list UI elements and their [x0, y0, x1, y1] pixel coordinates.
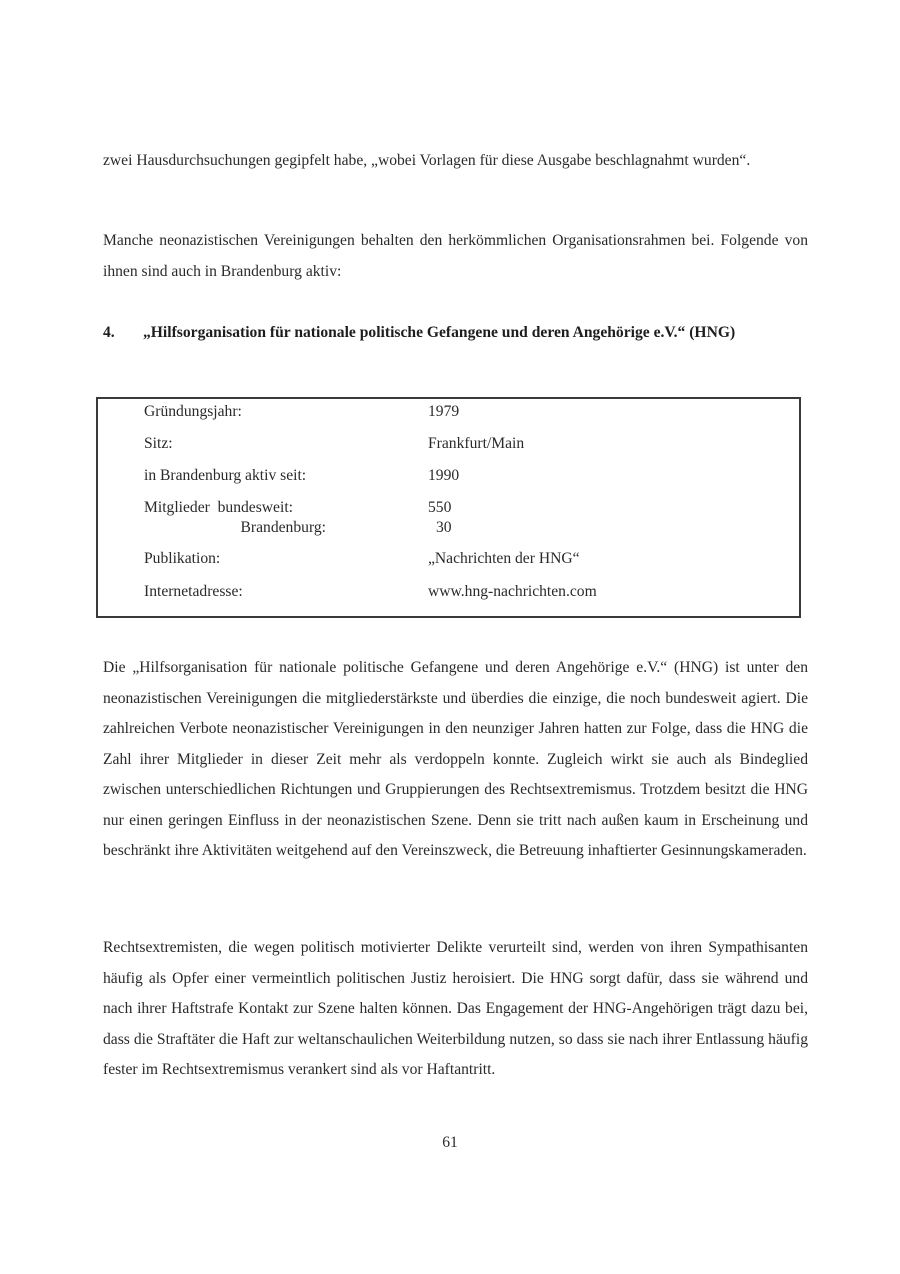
- fact-row-publication: Publikation: „Nachrichten der HNG“: [144, 550, 789, 572]
- paragraph-hng-description: Die „Hilfsorganisation für nationale pol…: [103, 653, 808, 867]
- fact-label: Gründungsjahr:: [144, 403, 242, 421]
- document-page: zwei Hausdurchsuchungen gegipfelt habe, …: [0, 0, 900, 1274]
- fact-row-website: Internetadresse: www.hng-nachrichten.com: [144, 583, 789, 605]
- fact-box: Gründungsjahr: 1979 Sitz: Frankfurt/Main…: [96, 397, 801, 618]
- fact-row-active-since: in Brandenburg aktiv seit: 1990: [144, 467, 789, 489]
- fact-value: Frankfurt/Main: [428, 435, 524, 453]
- fact-value: 1979: [428, 403, 459, 421]
- section-title: „Hilfsorganisation für nationale politis…: [143, 318, 808, 348]
- fact-value: www.hng-nachrichten.com: [428, 583, 597, 601]
- fact-value: „Nachrichten der HNG“: [428, 550, 580, 568]
- fact-subvalue: 30: [428, 519, 452, 537]
- section-heading: 4. „Hilfsorganisation für nationale poli…: [103, 318, 808, 348]
- fact-label: Publikation:: [144, 550, 220, 568]
- fact-value: 550: [428, 499, 451, 517]
- fact-label: Sitz:: [144, 435, 173, 453]
- fact-value: 1990: [428, 467, 459, 485]
- paragraph-hng-role: Rechtsextremisten, die wegen politisch m…: [103, 933, 808, 1086]
- fact-row-founded: Gründungsjahr: 1979: [144, 403, 789, 425]
- section-number: 4.: [103, 318, 115, 348]
- fact-label: Internetadresse:: [144, 583, 243, 601]
- fact-label: in Brandenburg aktiv seit:: [144, 467, 306, 485]
- page-number: 61: [0, 1134, 900, 1152]
- fact-row-seat: Sitz: Frankfurt/Main: [144, 435, 789, 457]
- fact-row-members: Mitglieder bundesweit: 550 Brandenburg: …: [144, 499, 789, 541]
- paragraph-intro-continuation: zwei Hausdurchsuchungen gegipfelt habe, …: [103, 146, 808, 177]
- fact-sublabel: Brandenburg:: [144, 519, 326, 537]
- paragraph-organisations-intro: Manche neonazistischen Vereinigungen beh…: [103, 226, 808, 287]
- fact-label: Mitglieder bundesweit:: [144, 499, 293, 517]
